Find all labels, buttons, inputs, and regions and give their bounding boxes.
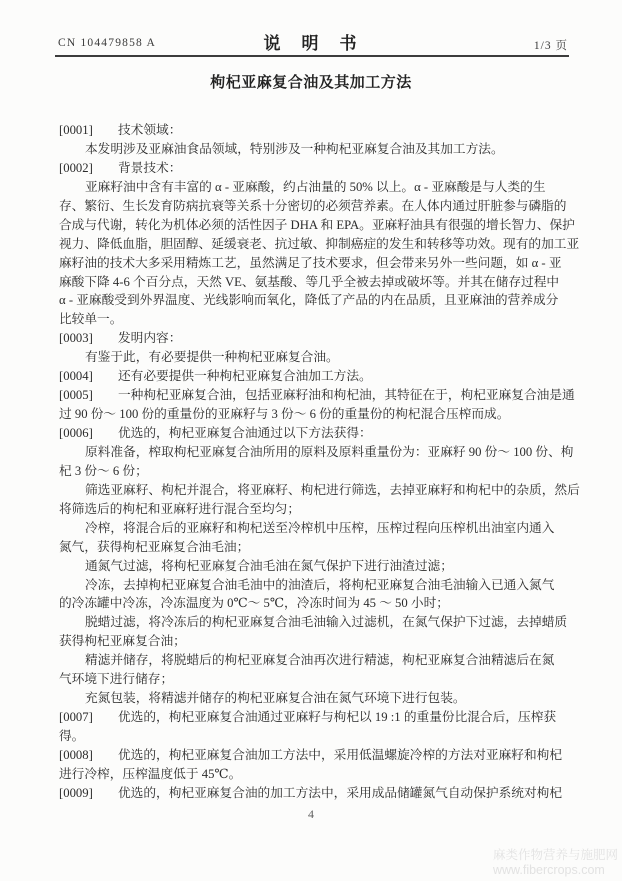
text-line: [0009]优选的，枸杞亚麻复合油的加工方法中，采用成品储罐氮气自动保护系统对枸… <box>59 784 566 803</box>
line-text: 一种枸杞亚麻复合油，包括亚麻籽油和枸杞油，其特征在于，枸杞亚麻复合油是通 <box>118 388 575 402</box>
paragraph-number: [0003] <box>59 329 118 348</box>
paragraph-number: [0009] <box>59 784 118 803</box>
line-text: 冷冻，去掉枸杞亚麻复合油毛油中的油渣后，将枸杞亚麻复合油毛油输入已通入氮气 <box>85 578 554 592</box>
text-line: 氮气，获得枸杞亚麻复合油毛油； <box>59 538 566 557</box>
text-line: 杞 3 份～ 6 份； <box>59 462 566 481</box>
text-line: 气环境下进行储存； <box>59 670 566 689</box>
text-line: 将筛选后的枸杞和亚麻籽进行混合至均匀； <box>59 500 566 519</box>
text-line: 的冷冻罐中冷冻，冷冻温度为 0℃～ 5℃，冷冻时间为 45 ～ 50 小时； <box>59 594 566 613</box>
text-line: 过 90 份～ 100 份的重量份的亚麻籽与 3 份～ 6 份的重量份的枸杞混合… <box>59 405 566 424</box>
specification-body: [0001]技术领域：本发明涉及亚麻油食品领域，特别涉及一种枸杞亚麻复合油及其加… <box>59 121 566 803</box>
line-text: 视力、降低血脂，胆固醇、延缓衰老、抗过敏、抑制癌症的发生和转移等功效。现有的加工… <box>59 237 579 251</box>
paragraph-number: [0007] <box>59 708 118 727</box>
paragraph-number: [0004] <box>59 367 118 386</box>
line-text: 将筛选后的枸杞和亚麻籽进行混合至均匀； <box>59 502 300 516</box>
line-text: 优选的，枸杞亚麻复合油通过以下方法获得： <box>118 426 372 440</box>
line-text: 气环境下进行储存； <box>59 672 173 686</box>
line-text: 还有必要提供一种枸杞亚麻复合油加工方法。 <box>118 369 372 383</box>
text-line: 脱蜡过滤，将冷冻后的枸杞亚麻复合油毛油输入过滤机，在氮气保护下过滤，去掉蜡质 <box>59 613 566 632</box>
header-rule <box>55 55 569 57</box>
line-text: α - 亚麻酸受到外界温度、光线影响而氧化，降低了产品的内在品质，且亚麻油的营养… <box>59 293 558 307</box>
line-text: 冷榨，将混合后的亚麻籽和枸杞送至冷榨机中压榨，压榨过程向压榨机出油室内通入 <box>85 521 554 535</box>
line-text: 优选的，枸杞亚麻复合油通过亚麻籽与枸杞以 19 :1 的重量份比混合后，压榨获 <box>118 710 556 724</box>
text-line: [0005]一种枸杞亚麻复合油，包括亚麻籽油和枸杞油，其特征在于，枸杞亚麻复合油… <box>59 386 566 405</box>
text-line: 亚麻籽油中含有丰富的 α - 亚麻酸，约占油量的 50% 以上。α - 亚麻酸是… <box>59 178 566 197</box>
line-text: 得。 <box>59 729 84 743</box>
line-text: 进行冷榨，压榨温度低于 45℃。 <box>59 767 241 781</box>
line-text: 背景技术： <box>118 161 181 175</box>
text-line: 有鉴于此，有必要提供一种枸杞亚麻复合油。 <box>59 348 566 367</box>
text-line: [0003]发明内容： <box>59 329 566 348</box>
line-text: 存、繁衍、生长发育防病抗衰等关系十分密切的必须营养素。在人体内通过肝脏参与磷脂的 <box>59 199 567 213</box>
line-text: 通氮气过滤，将枸杞亚麻复合油毛油在氮气保护下进行油渣过滤； <box>85 559 453 573</box>
page-footer: 4 <box>0 807 622 822</box>
line-text: 麻籽油的技术大多采用精炼工艺，虽然满足了技术要求，但会带来另外一些问题，如 α … <box>59 256 562 270</box>
text-line: [0007]优选的，枸杞亚麻复合油通过亚麻籽与枸杞以 19 :1 的重量份比混合… <box>59 708 566 727</box>
text-line: [0002]背景技术： <box>59 159 566 178</box>
text-line: 麻酸下降 4-6 个百分点，天然 VE、氨基酸、等几乎全被去掉或破坏等。并其在储… <box>59 273 566 292</box>
text-line: 麻籽油的技术大多采用精炼工艺，虽然满足了技术要求，但会带来另外一些问题，如 α … <box>59 254 566 273</box>
text-line: 本发明涉及亚麻油食品领域，特别涉及一种枸杞亚麻复合油及其加工方法。 <box>59 140 566 159</box>
text-line: 冷冻，去掉枸杞亚麻复合油毛油中的油渣后，将枸杞亚麻复合油毛油输入已通入氮气 <box>59 576 566 595</box>
paragraph-number: [0002] <box>59 159 118 178</box>
line-text: 发明内容： <box>118 331 181 345</box>
line-text: 本发明涉及亚麻油食品领域，特别涉及一种枸杞亚麻复合油及其加工方法。 <box>85 142 504 156</box>
text-line: [0001]技术领域： <box>59 121 566 140</box>
text-line: 原料准备，榨取枸杞亚麻复合油所用的原料及原料重量份为：亚麻籽 90 份～ 100… <box>59 443 566 462</box>
watermark-url: www.fibercrops.com <box>493 863 618 878</box>
text-line: 充氮包装，将精滤并储存的枸杞亚麻复合油在氮气环境下进行包装。 <box>59 689 566 708</box>
line-text: 脱蜡过滤，将冷冻后的枸杞亚麻复合油毛油输入过滤机，在氮气保护下过滤，去掉蜡质 <box>85 615 567 629</box>
paragraph-number: [0005] <box>59 386 118 405</box>
line-text: 获得枸杞亚麻复合油； <box>59 634 186 648</box>
line-text: 麻酸下降 4-6 个百分点，天然 VE、氨基酸、等几乎全被去掉或破坏等。并其在储… <box>59 275 559 289</box>
line-text: 充氮包装，将精滤并储存的枸杞亚麻复合油在氮气环境下进行包装。 <box>85 691 466 705</box>
document-type-heading: 说 明 书 <box>0 29 622 54</box>
text-line: 精滤并储存，将脱蜡后的枸杞亚麻复合油再次进行精滤，枸杞亚麻复合油精滤后在氮 <box>59 651 566 670</box>
line-text: 原料准备，榨取枸杞亚麻复合油所用的原料及原料重量份为：亚麻籽 90 份～ 100… <box>85 445 573 459</box>
text-line: 通氮气过滤，将枸杞亚麻复合油毛油在氮气保护下进行油渣过滤； <box>59 557 566 576</box>
invention-title: 枸杞亚麻复合油及其加工方法 <box>0 71 622 92</box>
line-text: 氮气，获得枸杞亚麻复合油毛油； <box>59 540 249 554</box>
watermark-site-name: 麻类作物营养与施肥网 <box>493 848 618 863</box>
paragraph-number: [0006] <box>59 424 118 443</box>
text-line: 比较单一。 <box>59 310 566 329</box>
watermark: 麻类作物营养与施肥网 www.fibercrops.com <box>493 848 618 878</box>
paragraph-number: [0008] <box>59 746 118 765</box>
patent-specification-page: CN 104479858 A 说 明 书 1/3 页 枸杞亚麻复合油及其加工方法… <box>0 0 622 881</box>
text-line: 筛选亚麻籽、枸杞并混合，将亚麻籽、枸杞进行筛选，去掉亚麻籽和枸杞中的杂质，然后 <box>59 481 566 500</box>
text-line: 存、繁衍、生长发育防病抗衰等关系十分密切的必须营养素。在人体内通过肝脏参与磷脂的 <box>59 197 566 216</box>
line-text: 合成与代谢，转化为机体必须的活性因子 DHA 和 EPA。亚麻籽油具有很强的增长… <box>59 218 575 232</box>
text-line: 合成与代谢，转化为机体必须的活性因子 DHA 和 EPA。亚麻籽油具有很强的增长… <box>59 216 566 235</box>
text-line: α - 亚麻酸受到外界温度、光线影响而氧化，降低了产品的内在品质，且亚麻油的营养… <box>59 291 566 310</box>
line-text: 技术领域： <box>118 123 181 137</box>
line-text: 精滤并储存，将脱蜡后的枸杞亚麻复合油再次进行精滤，枸杞亚麻复合油精滤后在氮 <box>85 653 554 667</box>
line-text: 筛选亚麻籽、枸杞并混合，将亚麻籽、枸杞进行筛选，去掉亚麻籽和枸杞中的杂质，然后 <box>85 483 580 497</box>
line-text: 有鉴于此，有必要提供一种枸杞亚麻复合油。 <box>85 350 339 364</box>
line-text: 过 90 份～ 100 份的重量份的亚麻籽与 3 份～ 6 份的重量份的枸杞混合… <box>59 407 509 421</box>
text-line: 视力、降低血脂，胆固醇、延缓衰老、抗过敏、抑制癌症的发生和转移等功效。现有的加工… <box>59 235 566 254</box>
text-line: 冷榨，将混合后的亚麻籽和枸杞送至冷榨机中压榨，压榨过程向压榨机出油室内通入 <box>59 519 566 538</box>
text-line: [0006]优选的，枸杞亚麻复合油通过以下方法获得： <box>59 424 566 443</box>
page-indicator: 1/3 页 <box>534 37 568 53</box>
text-line: [0008]优选的，枸杞亚麻复合油加工方法中，采用低温螺旋冷榨的方法对亚麻籽和枸… <box>59 746 566 765</box>
text-line: 得。 <box>59 727 566 746</box>
line-text: 比较单一。 <box>59 312 122 326</box>
text-line: [0004]还有必要提供一种枸杞亚麻复合油加工方法。 <box>59 367 566 386</box>
text-line: 获得枸杞亚麻复合油； <box>59 632 566 651</box>
line-text: 的冷冻罐中冷冻，冷冻温度为 0℃～ 5℃，冷冻时间为 45 ～ 50 小时； <box>59 596 449 610</box>
text-line: 进行冷榨，压榨温度低于 45℃。 <box>59 765 566 784</box>
line-text: 杞 3 份～ 6 份； <box>59 464 148 478</box>
line-text: 优选的，枸杞亚麻复合油加工方法中，采用低温螺旋冷榨的方法对亚麻籽和枸杞 <box>118 748 562 762</box>
paragraph-number: [0001] <box>59 121 118 140</box>
line-text: 亚麻籽油中含有丰富的 α - 亚麻酸，约占油量的 50% 以上。α - 亚麻酸是… <box>85 180 546 194</box>
page-number: 4 <box>308 807 314 821</box>
line-text: 优选的，枸杞亚麻复合油的加工方法中，采用成品储罐氮气自动保护系统对枸杞 <box>118 786 562 800</box>
